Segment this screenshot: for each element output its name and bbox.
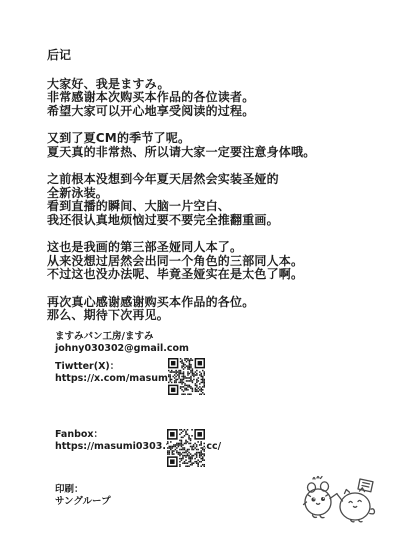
printer-name: サングループ [55, 496, 111, 508]
mascot-doodles [300, 471, 382, 533]
circle-name: ますみパン工房/ますみ [55, 331, 189, 343]
paragraph-greeting: 大家好、我是ますみ。 非常感谢本次购买本作品的各位读者。 希望大家可以开心地享受… [47, 78, 382, 119]
afterword-text-block: 后记 大家好、我是ますみ。 非常感谢本次购买本作品的各位读者。 希望大家可以开心… [47, 49, 382, 337]
rabbit-character-icon [304, 482, 338, 518]
hamster-with-sign-hat-icon [337, 479, 374, 522]
fanbox-qr-code [167, 429, 205, 467]
author-credits: ますみパン工房/ますみ johny030302@gmail.com [55, 331, 189, 355]
text-line: 全新泳装。 [47, 187, 382, 201]
paragraph-thanks: 再次真心感谢感谢购买本作品的各位。 那么、期待下次再见。 [47, 296, 382, 323]
text-line: 之前根本没想到今年夏天居然会实装圣娅的 [47, 173, 382, 187]
author-email: johny030302@gmail.com [55, 343, 189, 355]
text-line: 希望大家可以开心地享受阅读的过程。 [47, 105, 382, 119]
paragraph-summer: 又到了夏CM的季节了呢。 夏天真的非常热、所以请大家一定要注意身体哦。 [47, 132, 382, 159]
text-line: 非常感谢本次购买本作品的各位读者。 [47, 91, 382, 105]
text-line: 从来没想过居然会出同一个角色的三部同人本。 [47, 255, 382, 269]
text-line: 这也是我画的第三部圣娅同人本了。 [47, 241, 382, 255]
afterword-page: 后记 大家好、我是ますみ。 非常感谢本次购买本作品的各位读者。 希望大家可以开心… [0, 0, 400, 556]
text-line: 夏天真的非常热、所以请大家一定要注意身体哦。 [47, 146, 382, 160]
text-line: 看到直播的瞬间、大脑一片空白、 [47, 200, 382, 214]
paragraph-swimsuit: 之前根本没想到今年夏天居然会实装圣娅的 全新泳装。 看到直播的瞬间、大脑一片空白… [47, 173, 382, 227]
hi-squiggle-icon [313, 477, 322, 480]
text-line: 那么、期待下次再见。 [47, 309, 382, 323]
paragraph-third-book: 这也是我画的第三部圣娅同人本了。 从来没想过居然会出同一个角色的三部同人本。 不… [47, 241, 382, 282]
text-line: 我还很认真地烦恼过要不要完全推翻重画。 [47, 214, 382, 228]
text-line: 再次真心感谢感谢购买本作品的各位。 [47, 296, 382, 310]
text-line: 不过这也没办法呢、毕竟圣娅实在是太色了啊。 [47, 268, 382, 282]
printer-label: 印刷： [55, 484, 111, 496]
page-title: 后记 [47, 49, 382, 63]
text-line: 又到了夏CM的季节了呢。 [47, 132, 382, 146]
printer-credit: 印刷： サングループ [55, 484, 111, 508]
twitter-qr-code [168, 358, 205, 395]
text-line: 大家好、我是ますみ。 [47, 78, 382, 92]
